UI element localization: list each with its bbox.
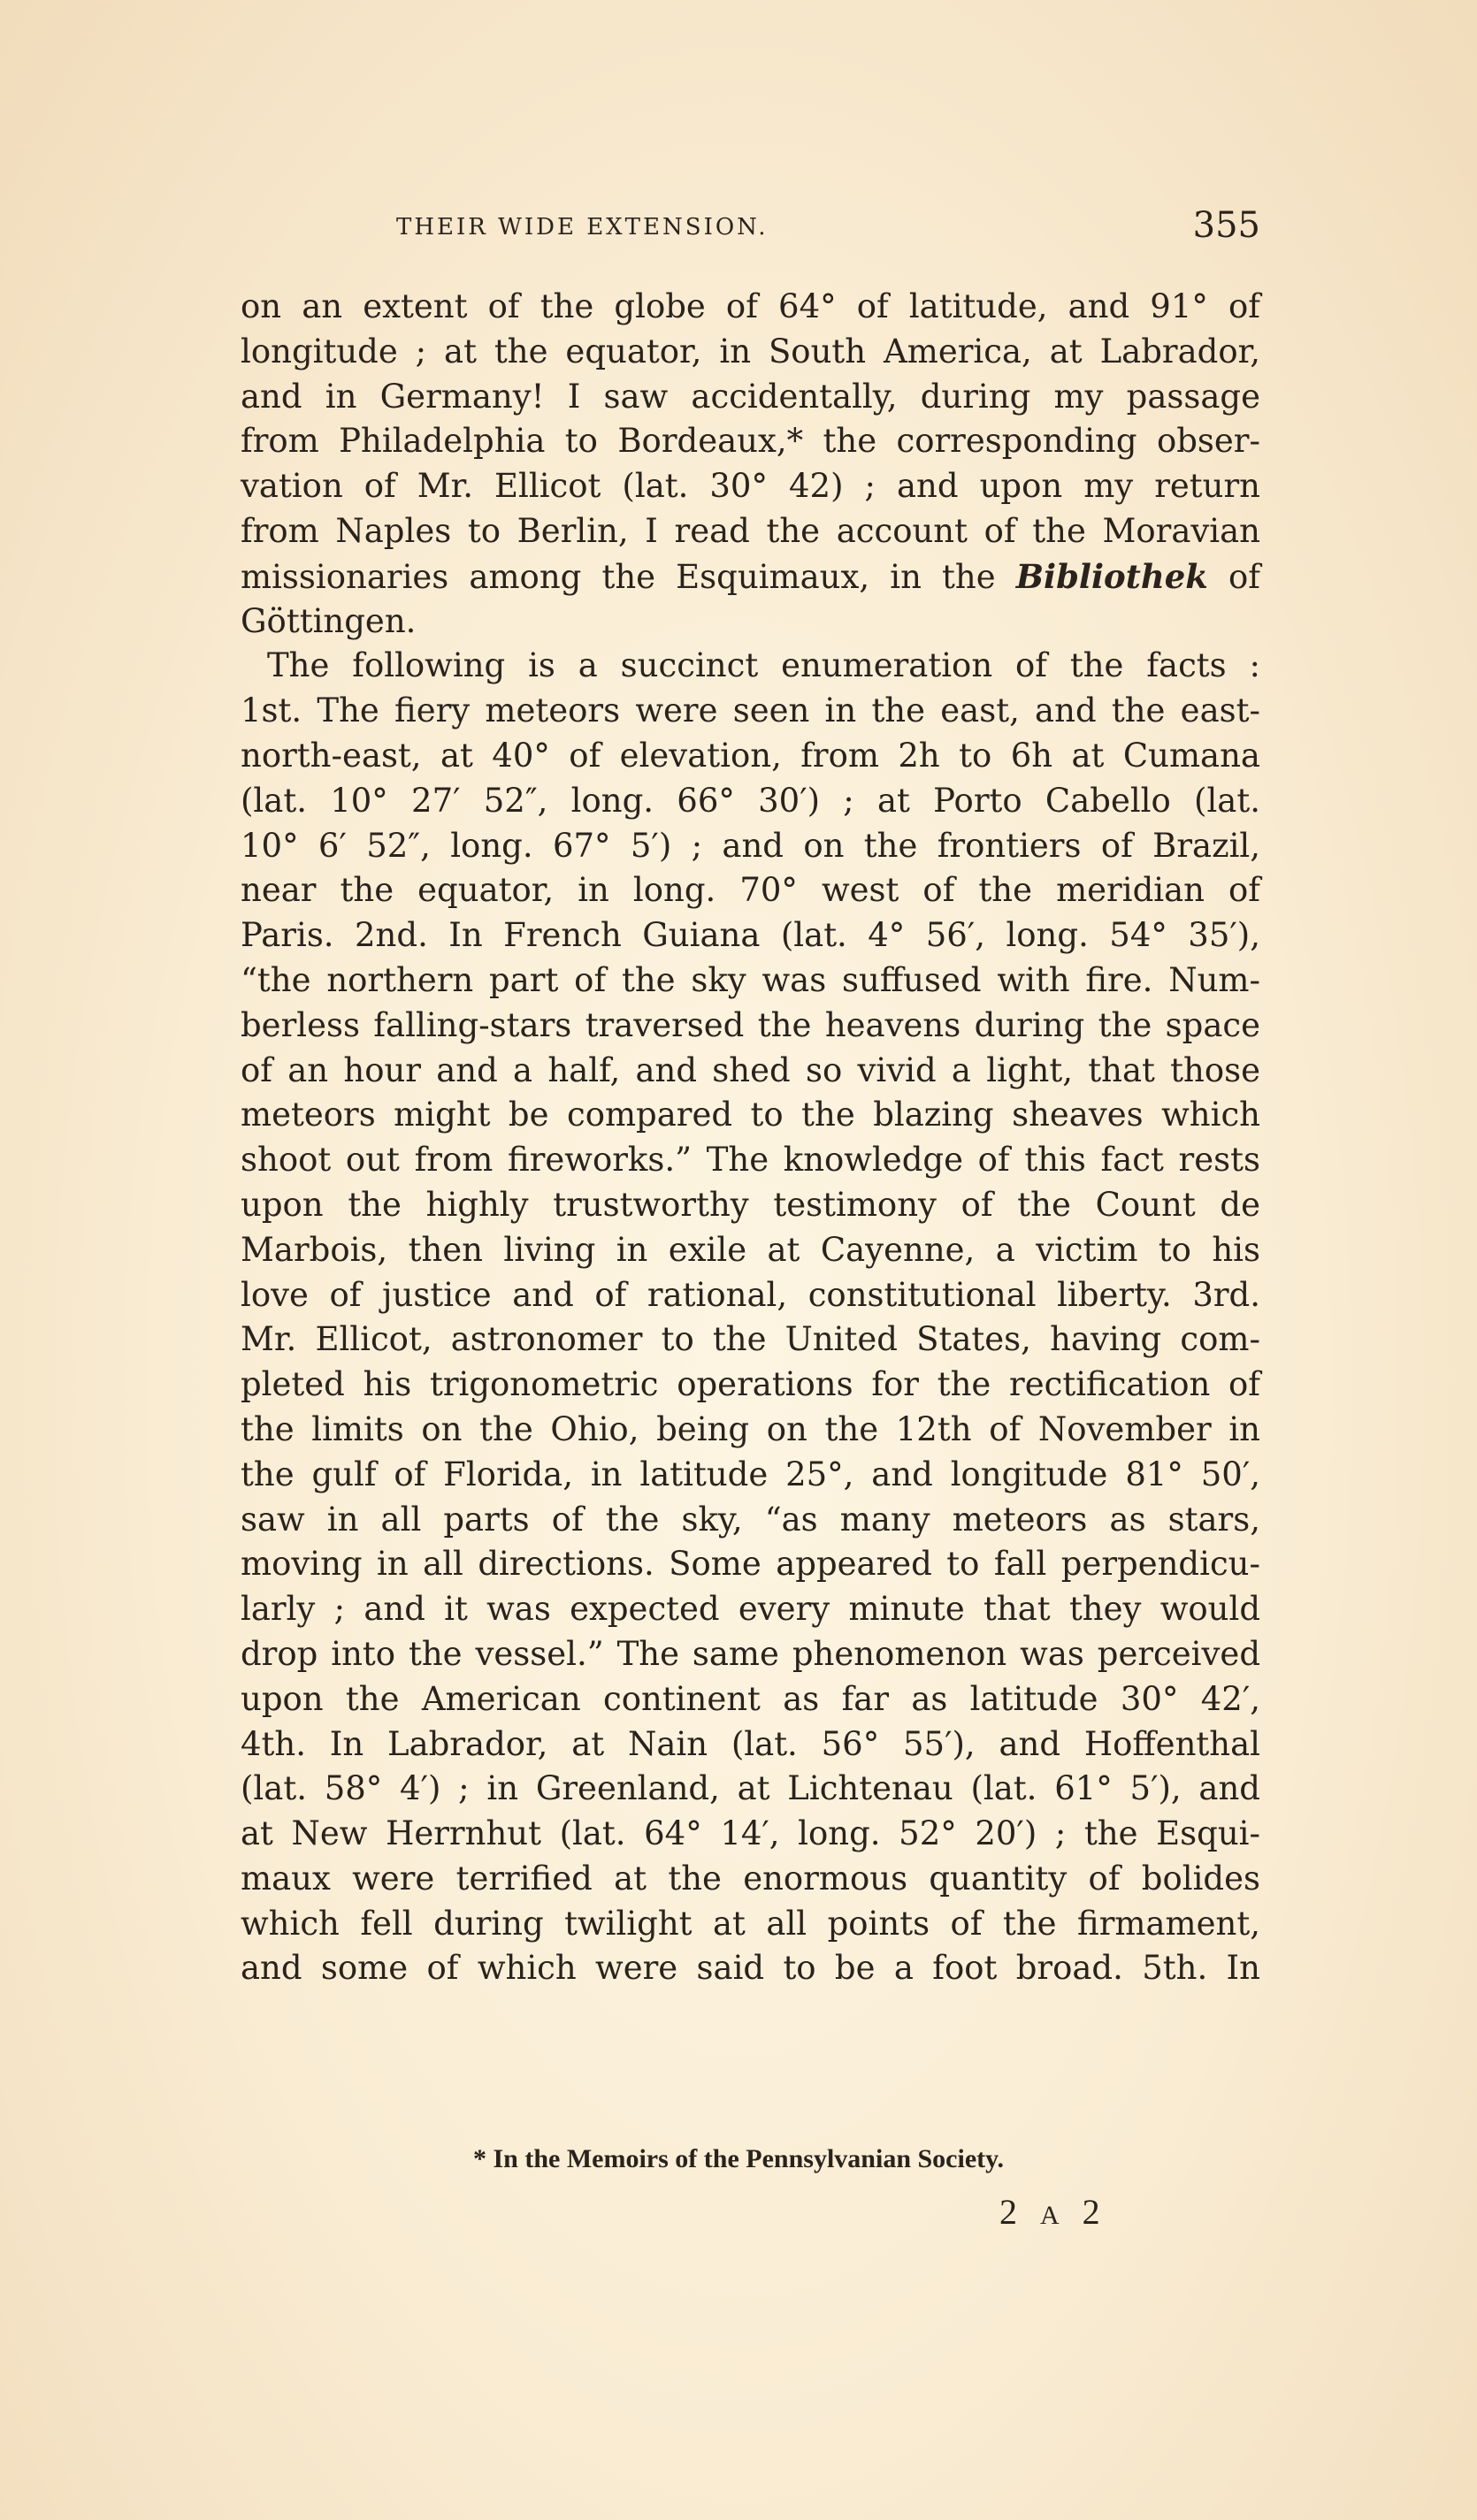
text-line: larly ; and it was expected every minute… <box>241 1587 1260 1632</box>
text-line: saw in all parts of the sky, “as many me… <box>241 1498 1260 1543</box>
text-line: and in Germany! I saw accidentally, duri… <box>241 375 1260 420</box>
running-title: THEIR WIDE EXTENSION. <box>396 214 769 241</box>
text-line: the limits on the Ohio, being on the 12t… <box>241 1408 1260 1453</box>
text-line: 10° 6′ 52″, long. 67° 5′) ; and on the f… <box>241 824 1260 869</box>
text-line: Mr. Ellicot, astronomer to the United St… <box>241 1317 1260 1363</box>
text-line: longitude ; at the equator, in South Ame… <box>241 330 1260 375</box>
text-line: from Philadelphia to Bordeaux,* the corr… <box>241 419 1260 464</box>
text-line: Paris. 2nd. In French Guiana (lat. 4° 56… <box>241 913 1260 958</box>
text-line: berless falling-stars traversed the heav… <box>241 1004 1260 1049</box>
text-line: drop into the vessel.” The same phenomen… <box>241 1632 1260 1677</box>
signature-middle: A <box>1040 2201 1067 2230</box>
text-line: The following is a succinct enumeration … <box>241 644 1260 689</box>
text-line: vation of Mr. Ellicot (lat. 30° 42) ; an… <box>241 464 1260 509</box>
page-header: THEIR WIDE EXTENSION. 355 <box>241 205 1260 255</box>
text-line: from Naples to Berlin, I read the accoun… <box>241 509 1260 554</box>
text-line: “the northern part of the sky was suffus… <box>241 958 1260 1004</box>
text-line: north-east, at 40° of elevation, from 2h… <box>241 734 1260 779</box>
text-line: 4th. In Labrador, at Nain (lat. 56° 55′)… <box>241 1722 1260 1768</box>
text-line: which fell during twilight at all points… <box>241 1902 1260 1947</box>
text-line: of an hour and a half, and shed so vivid… <box>241 1049 1260 1094</box>
text-line: and some of which were said to be a foot… <box>241 1946 1260 1991</box>
footnote: * In the Memoirs of the Pennsylvanian So… <box>0 2144 1477 2174</box>
signature-mark: 2 A 2 <box>999 2191 1107 2233</box>
text-line: love of justice and of rational, constit… <box>241 1273 1260 1318</box>
text-line: on an extent of the globe of 64° of lati… <box>241 285 1260 330</box>
text-line: meteors might be compared to the blazing… <box>241 1093 1260 1138</box>
body-text: on an extent of the globe of 64° of lati… <box>241 285 1260 1991</box>
text-line: Göttingen. <box>241 599 1260 645</box>
text-line: maux were terrified at the enormous quan… <box>241 1857 1260 1902</box>
text-line: (lat. 58° 4′) ; in Greenland, at Lichten… <box>241 1767 1260 1812</box>
text-line: (lat. 10° 27′ 52″, long. 66° 30′) ; at P… <box>241 779 1260 824</box>
page-number: 355 <box>1193 205 1260 246</box>
text-line: upon the highly trustworthy testimony of… <box>241 1183 1260 1228</box>
text-line: 1st. The fiery meteors were seen in the … <box>241 689 1260 734</box>
italic-title: Bibliothek <box>1016 557 1208 596</box>
text-line: shoot out from fireworks.” The knowledge… <box>241 1138 1260 1183</box>
signature-right: 2 <box>1083 2192 1107 2232</box>
text-line: at New Herrnhut (lat. 64° 14′, long. 52°… <box>241 1812 1260 1857</box>
text-line-with-italic: missionaries among the Esquimaux, in the… <box>241 554 1260 599</box>
text-line: upon the American continent as far as la… <box>241 1677 1260 1722</box>
text-line: pleted his trigonometric operations for … <box>241 1363 1260 1408</box>
text-line: the gulf of Florida, in latitude 25°, an… <box>241 1453 1260 1498</box>
text-line: moving in all directions. Some appeared … <box>241 1542 1260 1587</box>
signature-left: 2 <box>999 2192 1024 2232</box>
text-line: Marbois, then living in exile at Cayenne… <box>241 1228 1260 1273</box>
text-line: near the equator, in long. 70° west of t… <box>241 868 1260 913</box>
